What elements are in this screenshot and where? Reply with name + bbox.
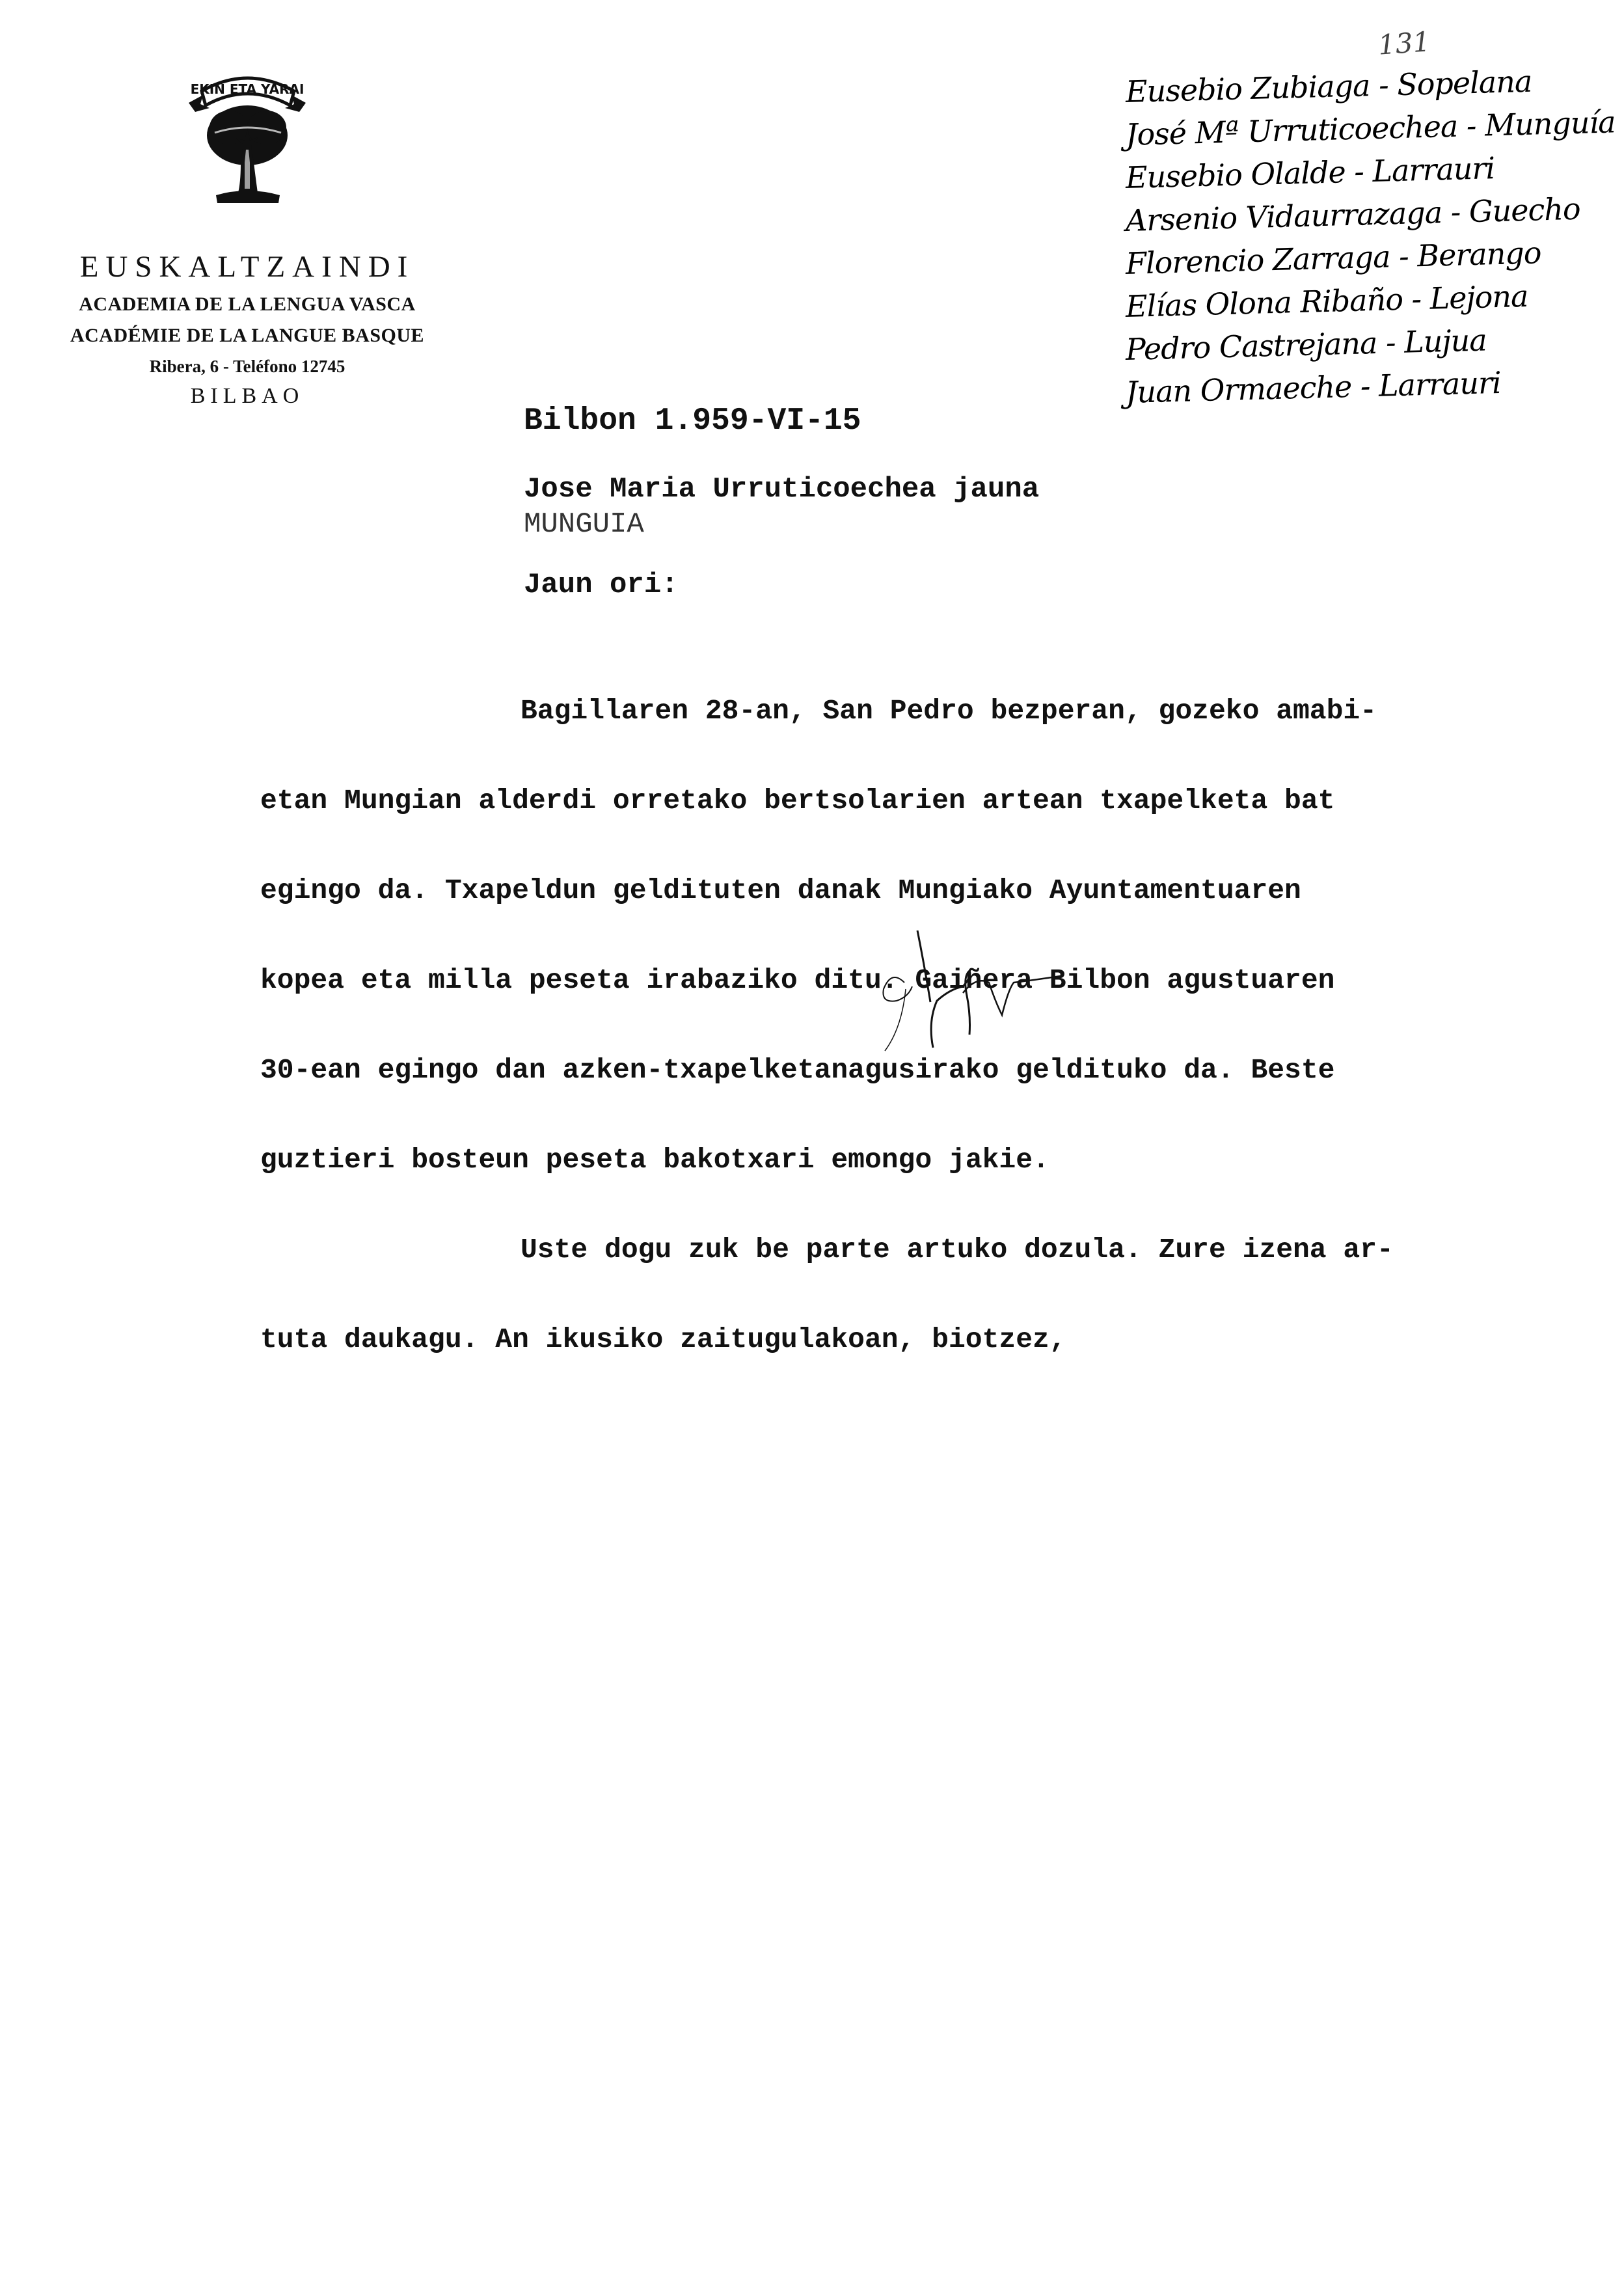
handwritten-signature	[865, 924, 1087, 1054]
body-line: egingo da. Txapeldun geldituten danak Mu…	[260, 876, 1562, 906]
addressee-name: Jose Maria Urruticoechea jauna	[524, 472, 1039, 507]
org-address: Ribera, 6 - Teléfono 12745	[52, 351, 442, 381]
org-subtitle-fr: ACADÉMIE DE LA LANGUE BASQUE	[52, 320, 442, 351]
letterhead: EKIN ETA YARAI EUSKALTZAINDI ACADEMIA DE…	[52, 65, 442, 411]
letter-page: EKIN ETA YARAI EUSKALTZAINDI ACADEMIA DE…	[0, 0, 1624, 2282]
handwritten-participant-list: Eusebio Zubiaga - Sopelana José Mª Urrut…	[1126, 70, 1620, 414]
letter-date: Bilbon 1.959-VI-15	[524, 401, 861, 441]
svg-text:EKIN ETA YARAI: EKIN ETA YARAI	[191, 81, 304, 97]
org-city: BILBAO	[52, 381, 442, 411]
body-line: etan Mungian alderdi orretako bertsolari…	[260, 786, 1562, 816]
org-subtitle-es: ACADEMIA DE LA LENGUA VASCA	[52, 289, 442, 320]
archive-number: 131	[1377, 25, 1431, 61]
oak-tree-logo-icon: EKIN ETA YARAI	[176, 65, 319, 208]
body-line: tuta daukagu. An ikusiko zaitugulakoan, …	[260, 1325, 1562, 1355]
addressee-block: Jose Maria Urruticoechea jauna MUNGUIA	[524, 472, 1039, 542]
salutation: Jaun ori:	[524, 567, 679, 603]
addressee-town: MUNGUIA	[524, 507, 1039, 542]
body-line: guztieri bosteun peseta bakotxari emongo…	[260, 1145, 1562, 1175]
body-line: 30-ean egingo dan azken-txapelketanagusi…	[260, 1055, 1562, 1085]
org-name: EUSKALTZAINDI	[52, 249, 442, 285]
body-line: Bagillaren 28-an, San Pedro bezperan, go…	[260, 696, 1562, 726]
body-line: Uste dogu zuk be parte artuko dozula. Zu…	[260, 1235, 1562, 1265]
